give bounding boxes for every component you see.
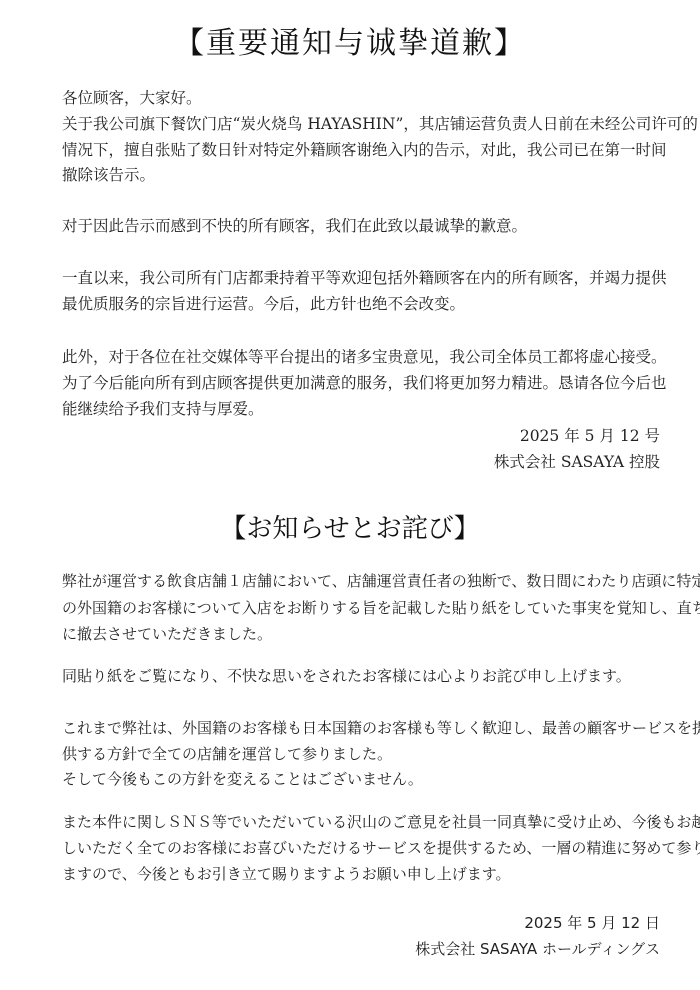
cn-paragraph-line: 一直以来，我公司所有门店都秉持着平等欢迎包括外籍顾客在内的所有顾客，并竭力提供 [62,266,667,288]
jp-date: 2025 年 5 月 12 日 [524,912,660,933]
jp-signature: 株式会社 SASAYA ホールディングス [415,938,660,959]
cn-signature: 株式会社 SASAYA 控股 [494,450,660,472]
cn-paragraph-line: 此外，对于各位在社交媒体等平台提出的诸多宝贵意见，我公司全体员工都将虚心接受。 [62,345,667,367]
jp-paragraph-line: の外国籍のお客様について入店をお断りする旨を記載した貼り紙をしていた事実を覚知し… [62,597,700,618]
cn-greeting: 各位顾客，大家好。 [62,86,202,108]
japanese-notice-title: 【お知らせとお詫び】 [0,508,700,545]
chinese-notice-title: 【重要通知与诚挚道歉】 [0,18,700,62]
jp-paragraph-line: また本件に関しＳＮＳ等でいただいている沢山のご意見を社員一同真摯に受け止め、今後… [62,811,700,832]
cn-paragraph-line: 最优质服务的宗旨进行运营。今后，此方针也绝不会改变。 [62,292,465,314]
jp-paragraph-line: 供する方針で全ての店舗を運営して参りました。 [62,743,392,764]
jp-paragraph-line: に撤去させていただきました。 [62,623,272,644]
jp-paragraph-line: ますので、今後ともお引き立て賜りますようお願い申し上げます。 [62,863,511,884]
cn-paragraph-line: 撤除该告示。 [62,163,155,185]
jp-paragraph-line: しいただく全てのお客様にお喜びいただけるサービスを提供するため、一層の精進に努め… [62,837,700,858]
cn-paragraph-line: 情况下，擅自张贴了数日针对特定外籍顾客谢绝入内的告示，对此，我公司已在第一时间 [62,138,667,160]
cn-paragraph-line: 关于我公司旗下餐饮门店“炭火烧鸟 HAYASHIN”，其店铺运营负责人日前在未经… [62,112,698,134]
jp-paragraph-line: 弊社が運営する飲食店舗１店舗において、店舗運営責任者の独断で、数日間にわたり店頭… [62,570,700,591]
jp-paragraph-line: 同貼り紙をご覧になり、不快な思いをされたお客様には心よりお詫び申し上げます。 [62,665,631,686]
cn-paragraph-line: 能继续给予我们支持与厚爱。 [62,397,264,419]
cn-paragraph-line: 对于因此告示而感到不快的所有顾客，我们在此致以最诚挚的歉意。 [62,214,527,236]
jp-paragraph-line: そして今後もこの方針を変えることはございません。 [62,768,423,789]
jp-paragraph-line: これまで弊社は、外国籍のお客様も日本国籍のお客様も等しく歓迎し、最善の顧客サービ… [62,717,700,738]
cn-date: 2025 年 5 月 12 号 [520,424,660,446]
cn-paragraph-line: 为了今后能向所有到店顾客提供更加满意的服务，我们将更加努力精进。恳请各位今后也 [62,371,667,393]
